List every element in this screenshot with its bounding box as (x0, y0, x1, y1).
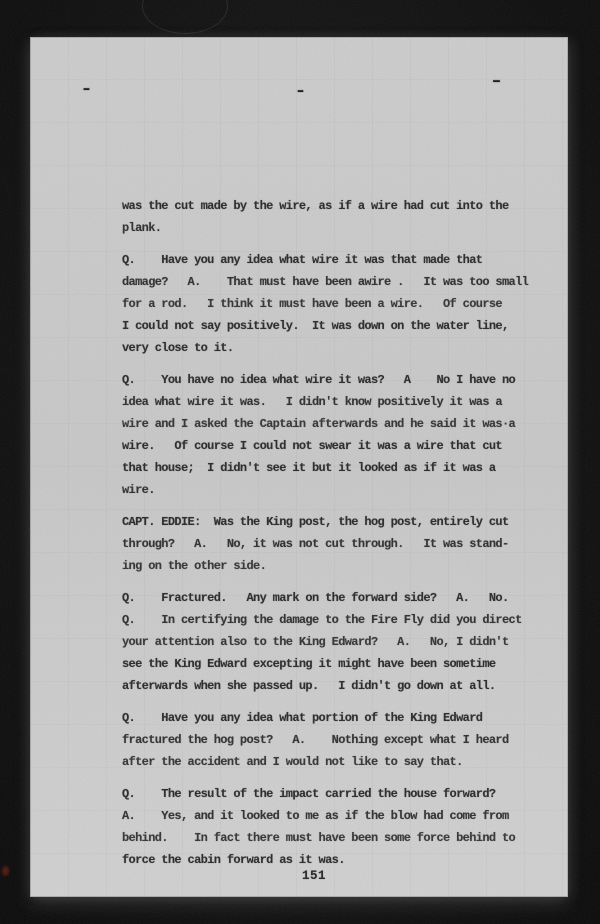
text-line: after the accident and I would not like … (122, 751, 554, 773)
paragraph-continuation: was the cut made by the wire, as if a wi… (122, 195, 554, 239)
photo-backdrop: - - - was the cut made by the wire, as i… (0, 0, 600, 924)
text-line: wire. (122, 479, 554, 501)
page-number: 151 (60, 865, 568, 887)
text-line: Q. The result of the impact carried the … (122, 783, 554, 805)
typed-dash-mark: - (80, 85, 92, 95)
text-line: behind. In fact there must have been som… (122, 827, 554, 849)
testimony-text-block: was the cut made by the wire, as if a wi… (122, 195, 554, 881)
text-line: wire. Of course I could not swear it was… (122, 435, 554, 457)
text-line: Q. In certifying the damage to the Fire … (122, 609, 554, 631)
document-page: - - - was the cut made by the wire, as i… (30, 37, 568, 897)
paragraph-capt-eddie: CAPT. EDDIE: Was the King post, the hog … (122, 511, 554, 577)
text-line: A. Yes, and it looked to me as if the bl… (122, 805, 554, 827)
text-line: that house; I didn't see it but it looke… (122, 457, 554, 479)
text-line: see the King Edward excepting it might h… (122, 653, 554, 675)
paragraph-impact: Q. The result of the impact carried the … (122, 783, 554, 871)
text-line: CAPT. EDDIE: Was the King post, the hog … (122, 511, 554, 533)
typed-dash-mark: - (489, 77, 503, 87)
text-line: was the cut made by the wire, as if a wi… (122, 195, 554, 217)
text-line: Q. Have you any idea what portion of the… (122, 707, 554, 729)
typed-dash-mark: - (295, 87, 307, 97)
text-line: your attention also to the King Edward? … (122, 631, 554, 653)
paragraph-question-wire: Q. Have you any idea what wire it was th… (122, 249, 554, 359)
scan-smudge (142, 0, 228, 34)
text-line: ing on the other side. (122, 555, 554, 577)
text-line: for a rod. I think it must have been a w… (122, 293, 554, 315)
text-line: Q. Fractured. Any mark on the forward si… (122, 587, 554, 609)
paragraph-question-no-idea: Q. You have no idea what wire it was? A … (122, 369, 554, 501)
text-line: through? A. No, it was not cut through. … (122, 533, 554, 555)
text-line: Q. You have no idea what wire it was? A … (122, 369, 554, 391)
paragraph-fractured-king-edward: Q. Fractured. Any mark on the forward si… (122, 587, 554, 697)
text-line: fractured the hog post? A. Nothing excep… (122, 729, 554, 751)
text-line: plank. (122, 217, 554, 239)
text-line: afterwards when she passed up. I didn't … (122, 675, 554, 697)
paragraph-hog-post: Q. Have you any idea what portion of the… (122, 707, 554, 773)
text-line: idea what wire it was. I didn't know pos… (122, 391, 554, 413)
text-line: I could not say positively. It was down … (122, 315, 554, 337)
ink-speck (2, 866, 9, 876)
text-line: very close to it. (122, 337, 554, 359)
text-line: damage? A. That must have been awire . I… (122, 271, 554, 293)
text-line: Q. Have you any idea what wire it was th… (122, 249, 554, 271)
text-line: wire and I asked the Captain afterwards … (122, 413, 554, 435)
